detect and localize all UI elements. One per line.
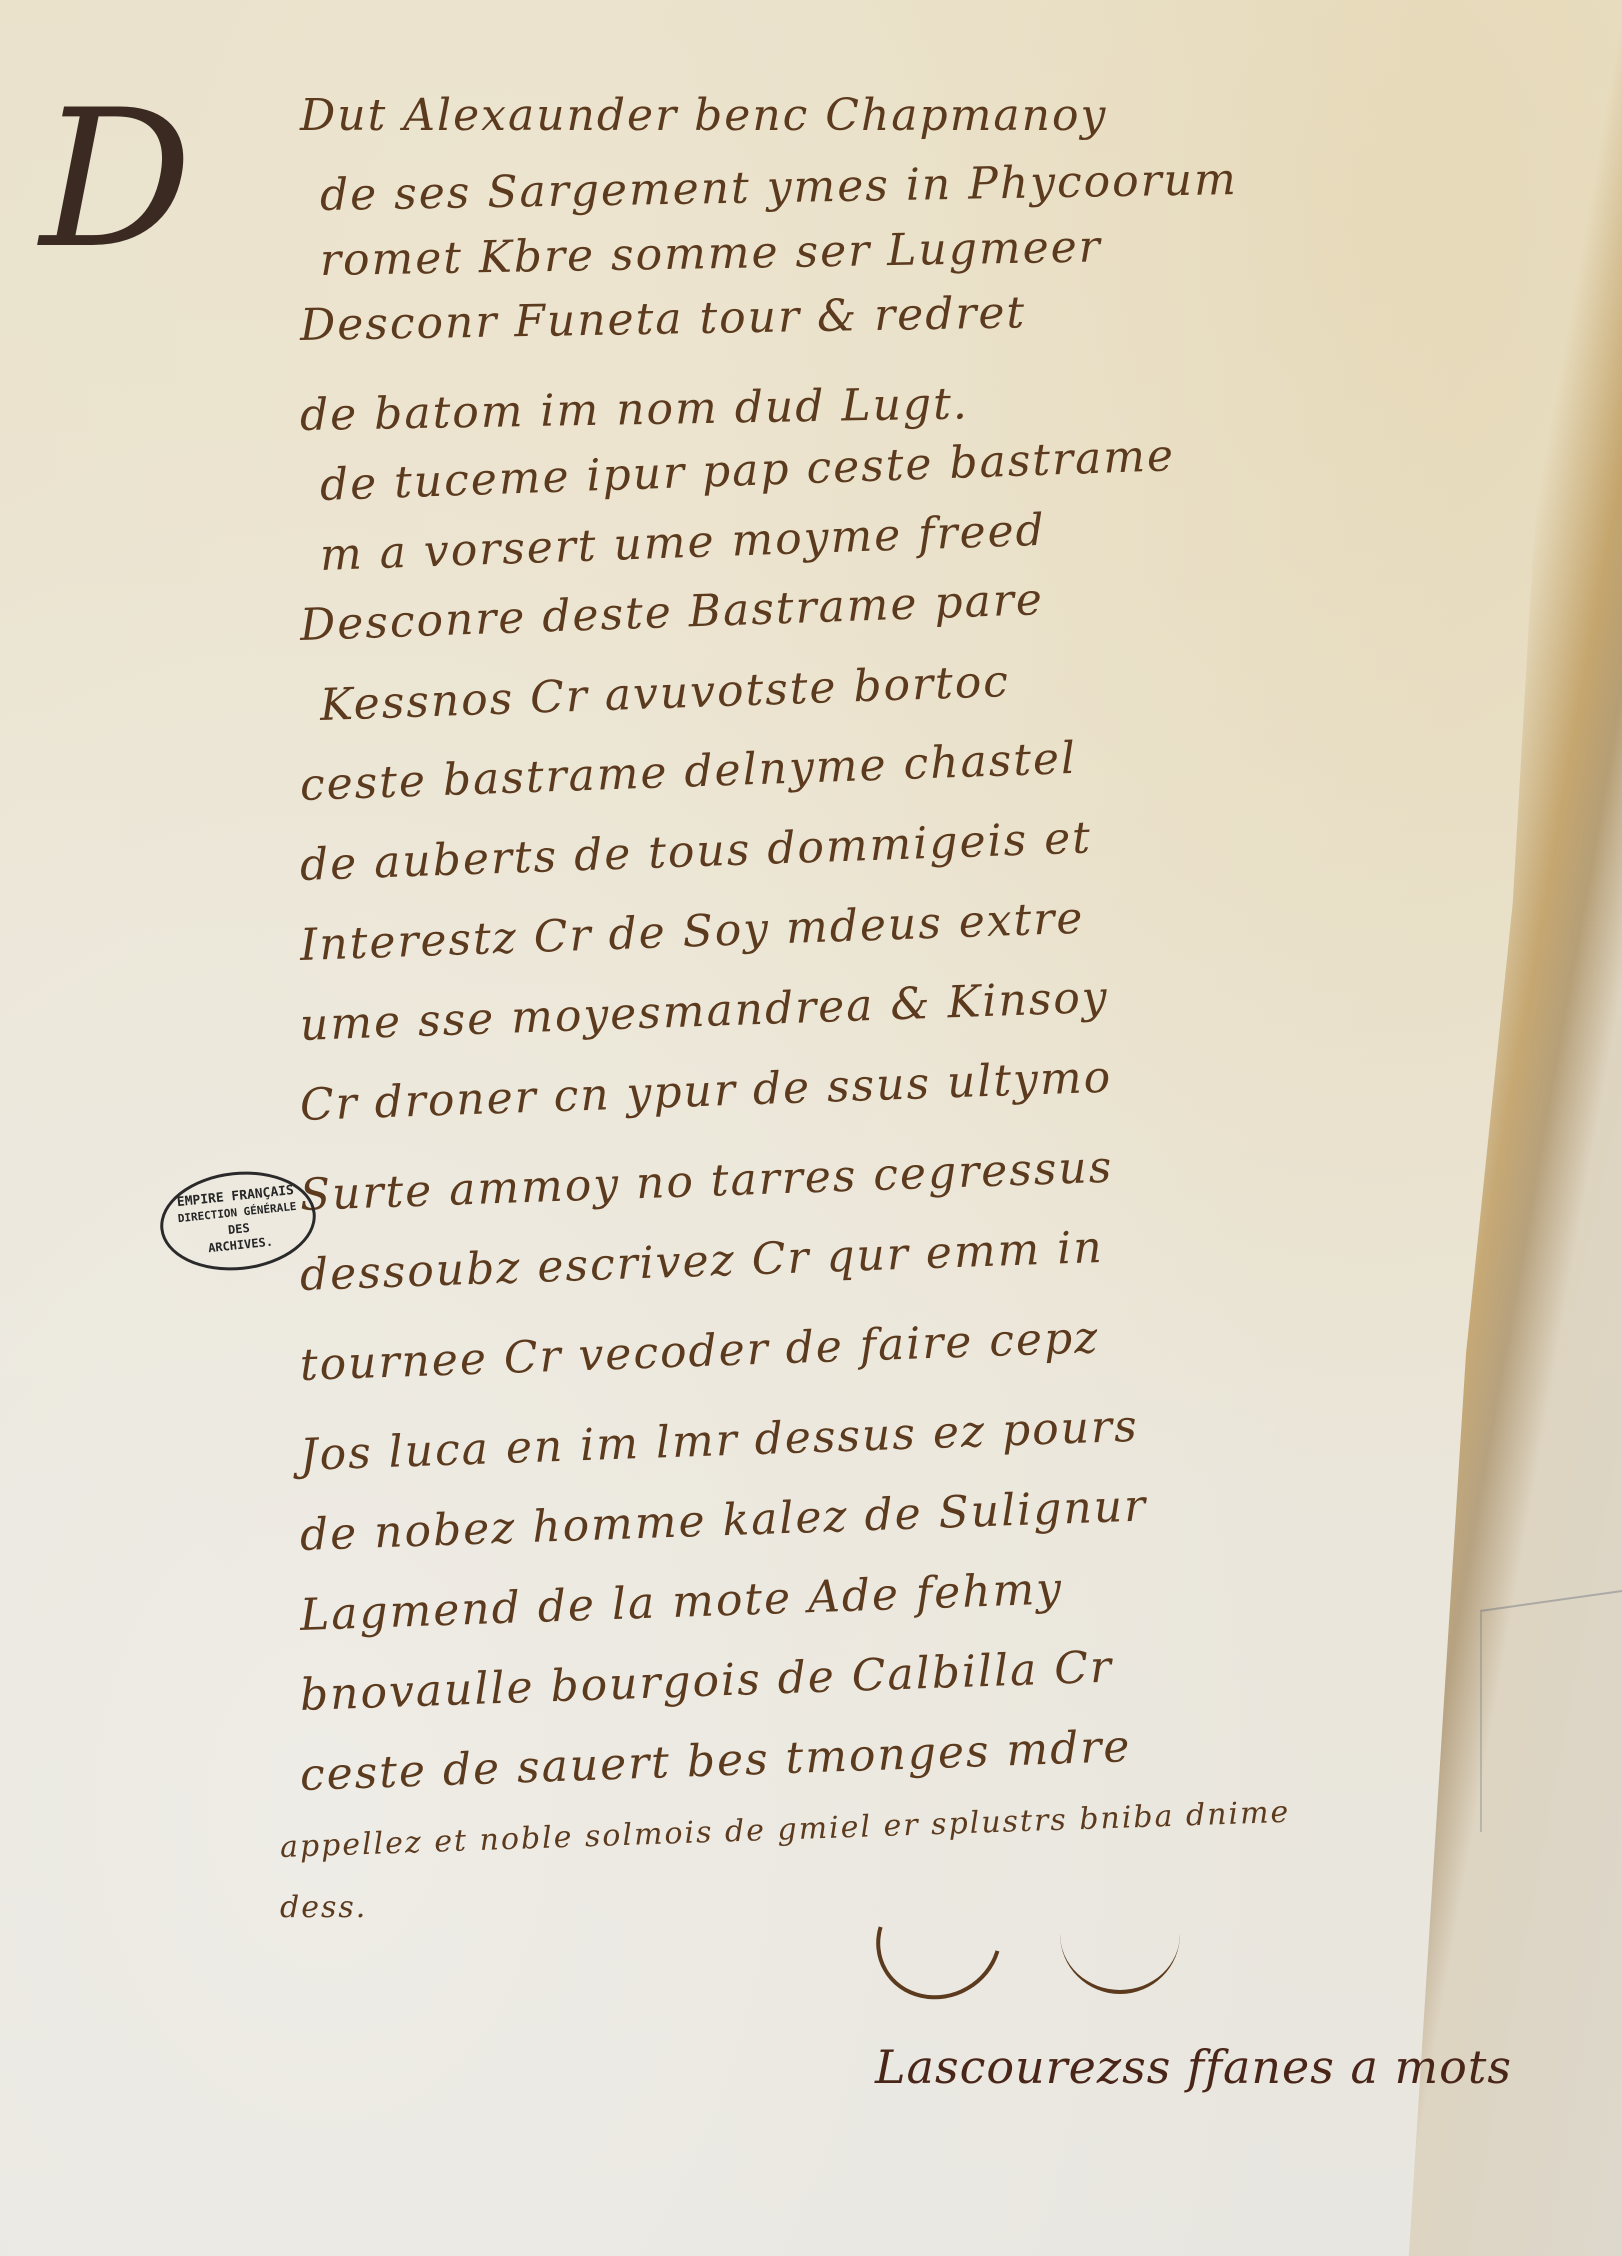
archives-stamp: EMPIRE FRANÇAIS DIRECTION GÉNÉRALE DES A… xyxy=(155,1164,320,1278)
signature-flourish xyxy=(854,1856,1024,2022)
manuscript-line: Kessnos Cr avuvotste bortoc xyxy=(319,656,1011,731)
manuscript-line: Interestz Cr de Soy mdeus extre xyxy=(299,893,1085,971)
manuscript-line: de nobez homme kalez de Sulignur xyxy=(299,1480,1148,1561)
manuscript-line: m a vorsert ume moyme freed xyxy=(319,505,1046,581)
signature: Lascourezss ffanes a mots xyxy=(875,2040,1512,2094)
manuscript-line: Cr droner cn ypur de ssus ultymo xyxy=(299,1052,1113,1131)
paraph-mark xyxy=(1060,1930,1180,1994)
manuscript-line: bnovaulle bourgois de Calbilla Cr xyxy=(299,1642,1114,1721)
pencil-marks xyxy=(1480,1590,1622,1832)
manuscript-line: Desconre deste Bastrame pare xyxy=(299,574,1045,651)
manuscript-line: Lagmend de la mote Ade fehmy xyxy=(299,1563,1064,1641)
manuscript-page: D Dut Alexaunder benc Chapmanoyde ses Sa… xyxy=(0,0,1622,2256)
manuscript-line: ceste bastrame delnyme chastel xyxy=(299,733,1078,811)
manuscript-line: Desconr Funeta tour & redret xyxy=(300,287,1027,351)
folded-page-edge xyxy=(1362,0,1622,2256)
manuscript-line: dess. xyxy=(280,1890,367,1925)
manuscript-line: de tuceme ipur pap ceste bastrame xyxy=(319,430,1176,511)
manuscript-line: Jos luca en im lmr dessus ez pours xyxy=(299,1401,1139,1481)
manuscript-line: ceste de sauert bes tmonges mdre xyxy=(299,1721,1132,1801)
manuscript-line: appellez et noble solmois de gmiel er sp… xyxy=(279,1795,1290,1865)
manuscript-line: Dut Alexaunder benc Chapmanoy xyxy=(300,90,1107,141)
manuscript-line: de ses Sargement ymes in Phycoorum xyxy=(320,154,1239,221)
stamp-line-4: ARCHIVES. xyxy=(207,1234,273,1257)
manuscript-line: ume sse moyesmandrea & Kinsoy xyxy=(299,972,1109,1051)
manuscript-line: tournee Cr vecoder de faire cepz xyxy=(299,1312,1100,1391)
manuscript-line: Surte ammoy no tarres cegressus xyxy=(299,1142,1114,1221)
manuscript-line: romet Kbre somme ser Lugmeer xyxy=(320,221,1103,286)
decorative-initial: D xyxy=(40,95,190,265)
manuscript-line: dessoubz escrivez Cr qur emm in xyxy=(299,1222,1104,1301)
manuscript-line: de batom im nom dud Lugt. xyxy=(300,378,970,441)
manuscript-line: de auberts de tous dommigeis et xyxy=(299,812,1093,891)
